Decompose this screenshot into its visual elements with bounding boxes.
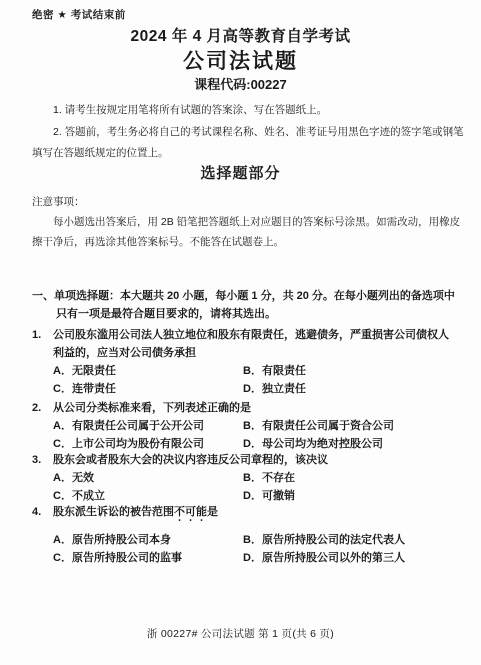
question-4-stem-pre: 股东派生诉讼的被告范围 bbox=[53, 506, 174, 518]
question-4-stem-emphasis: 不可能 bbox=[174, 506, 207, 518]
question-2-options: A．有限责任公司属于公开公司 B．有限责任公司属于资合公司 C．上市公司均为股份… bbox=[53, 417, 473, 453]
question-3-option-b: B．不存在 bbox=[243, 469, 473, 487]
question-4-option-d: D．原告所持股公司以外的第三人 bbox=[243, 549, 473, 567]
classification-banner: 绝密 ★ 考试结束前 bbox=[32, 7, 126, 22]
question-4-number: 4. bbox=[32, 503, 53, 567]
question-1-option-b: B．有限责任 bbox=[243, 362, 473, 380]
question-2-option-a: A．有限责任公司属于公开公司 bbox=[53, 417, 243, 435]
question-2-option-b: B．有限责任公司属于资合公司 bbox=[243, 417, 473, 435]
question-1-number: 1. bbox=[32, 326, 53, 398]
question-4-options: A．原告所持股公司本身 B．原告所持股公司的法定代表人 C．原告所持股公司的监事… bbox=[53, 531, 473, 567]
question-2: 2. 从公司分类标准来看，下列表述正确的是 A．有限责任公司属于公开公司 B．有… bbox=[32, 399, 473, 453]
question-4: 4. 股东派生诉讼的被告范围不可能是 A．原告所持股公司本身 B．原告所持股公司… bbox=[32, 503, 473, 567]
instruction-item-1: 1. 请考生按规定用笔将所有试题的答案涂、写在答题纸上。 bbox=[32, 100, 471, 121]
notice-label: 注意事项： bbox=[32, 194, 85, 209]
course-code: 课程代码:00227 bbox=[0, 74, 481, 93]
question-2-body: 从公司分类标准来看，下列表述正确的是 A．有限责任公司属于公开公司 B．有限责任… bbox=[53, 399, 473, 453]
question-1: 1. 公司股东滥用公司法人独立地位和股东有限责任，逃避债务，严重损害公司债权人 … bbox=[32, 326, 473, 398]
question-2-number: 2. bbox=[32, 399, 53, 453]
question-1-stem: 公司股东滥用公司法人独立地位和股东有限责任，逃避债务，严重损害公司债权人 利益的… bbox=[53, 326, 473, 362]
question-3-options: A．无效 B．不存在 C．不成立 D．可撤销 bbox=[53, 469, 473, 505]
question-1-body: 公司股东滥用公司法人独立地位和股东有限责任，逃避债务，严重损害公司债权人 利益的… bbox=[53, 326, 473, 398]
part-heading: 选择题部分 bbox=[0, 162, 481, 183]
section-one-title: 一、单项选择题：本大题共 20 小题，每小题 1 分，共 20 分。在每小题列出… bbox=[32, 287, 471, 323]
question-4-option-b: B．原告所持股公司的法定代表人 bbox=[243, 531, 473, 549]
page-footer: 浙 00227# 公司法试题 第 1 页(共 6 页) bbox=[0, 626, 481, 641]
exam-paper-page: 绝密 ★ 考试结束前 2024 年 4 月高等教育自学考试 公司法试题 课程代码… bbox=[0, 0, 481, 665]
question-4-body: 股东派生诉讼的被告范围不可能是 A．原告所持股公司本身 B．原告所持股公司的法定… bbox=[53, 503, 473, 567]
question-4-option-c: C．原告所持股公司的监事 bbox=[53, 549, 243, 567]
question-3-body: 股东会或者股东大会的决议内容违反公司章程的，该决议 A．无效 B．不存在 C．不… bbox=[53, 451, 473, 505]
question-3-option-a: A．无效 bbox=[53, 469, 243, 487]
question-4-option-a: A．原告所持股公司本身 bbox=[53, 531, 243, 549]
instruction-item-2: 2. 答题前，考生务必将自己的考试课程名称、姓名、准考证号用黑色字迹的签字笔或钢… bbox=[32, 122, 471, 164]
question-3-stem: 股东会或者股东大会的决议内容违反公司章程的，该决议 bbox=[53, 451, 473, 469]
paper-title: 公司法试题 bbox=[0, 45, 481, 75]
exam-session-title: 2024 年 4 月高等教育自学考试 bbox=[0, 24, 481, 46]
question-3: 3. 股东会或者股东大会的决议内容违反公司章程的，该决议 A．无效 B．不存在 … bbox=[32, 451, 473, 505]
question-1-option-d: D．独立责任 bbox=[243, 380, 473, 398]
question-3-number: 3. bbox=[32, 451, 53, 505]
notice-body: 每小题选出答案后，用 2B 铅笔把答题纸上对应题目的答案标号涂黑。如需改动，用橡… bbox=[32, 212, 471, 252]
question-4-stem-post: 是 bbox=[207, 506, 218, 518]
question-1-option-c: C．连带责任 bbox=[53, 380, 243, 398]
question-4-stem: 股东派生诉讼的被告范围不可能是 bbox=[53, 503, 473, 524]
question-1-option-a: A．无限责任 bbox=[53, 362, 243, 380]
question-2-stem: 从公司分类标准来看，下列表述正确的是 bbox=[53, 399, 473, 417]
question-1-options: A．无限责任 B．有限责任 C．连带责任 D．独立责任 bbox=[53, 362, 473, 398]
